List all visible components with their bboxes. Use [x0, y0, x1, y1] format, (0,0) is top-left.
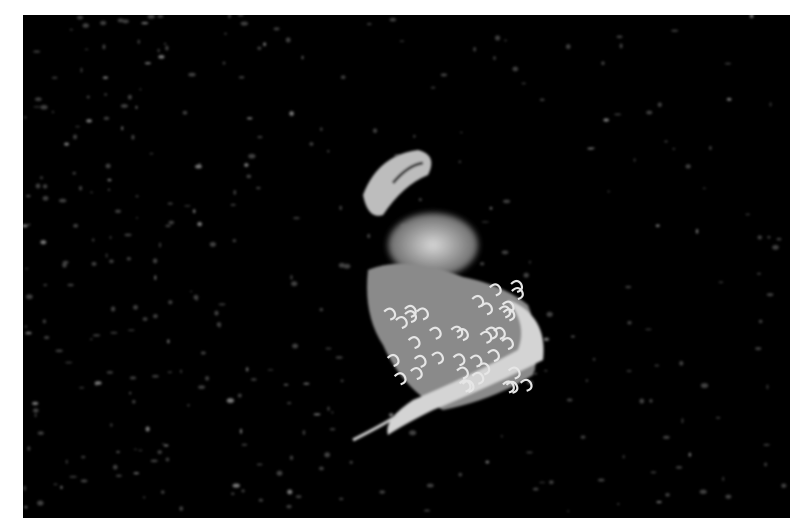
- sculpture: [353, 150, 544, 440]
- photograph: [23, 15, 790, 518]
- sculpture-scene: [23, 15, 790, 518]
